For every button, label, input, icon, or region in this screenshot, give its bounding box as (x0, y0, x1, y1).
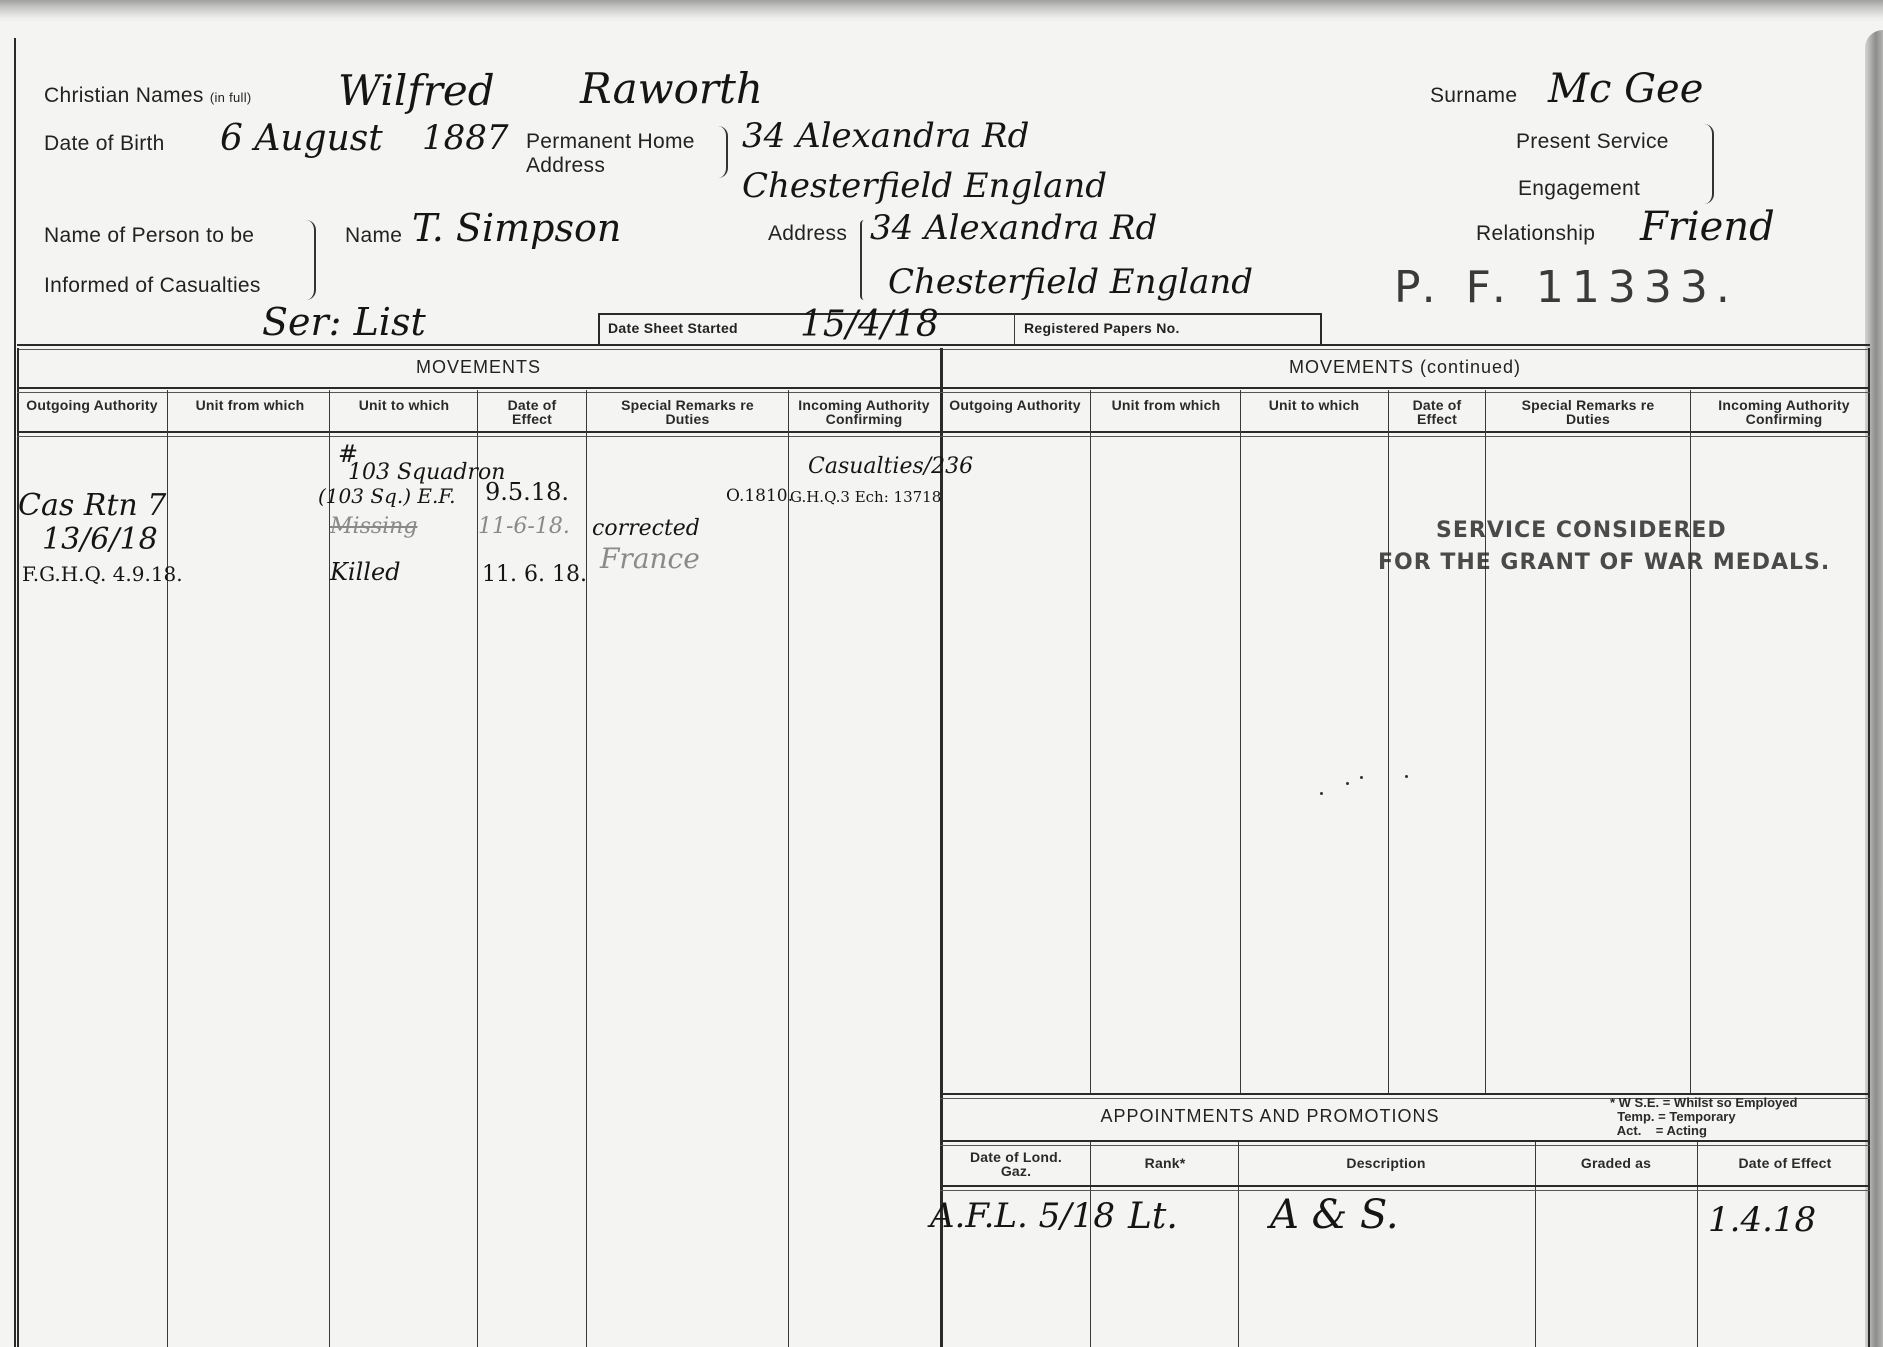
date-sheet-started-value: 15/4/18 (800, 304, 939, 345)
present-service-label: Present Service (1516, 130, 1669, 154)
relationship-value: Friend (1640, 204, 1775, 250)
col-header-description: Description (1250, 1156, 1522, 1170)
col-header-date-of-effect: Date of Effect (1705, 1156, 1865, 1170)
col-header-date-lond-gaz: Date of Lond. Gaz. (960, 1150, 1072, 1178)
col-header-cont-date-of-effect: Date of Effect (1396, 398, 1478, 426)
next-of-kin-label-line1: Name of Person to be (44, 224, 254, 248)
brace-nok-address (860, 220, 864, 300)
col-header-special-remarks: Special Remarks re Duties (600, 398, 775, 426)
date-of-effect-1: 9.5.18. (485, 478, 569, 506)
date-of-effect-3: 11. 6. 18. (482, 562, 587, 587)
christian-names-note: (in full) (210, 90, 252, 105)
outgoing-authority-line1: Cas Rtn 7 (18, 488, 166, 523)
christian-name-first: Wilfred (338, 66, 495, 115)
permanent-address-line2: Chesterfield England (742, 166, 1107, 206)
nok-address-line2: Chesterfield England (888, 262, 1253, 302)
date-sheet-started-label: Date Sheet Started (608, 320, 738, 336)
col-header-outgoing-authority: Outgoing Authority (17, 398, 167, 412)
outgoing-authority-line2: 13/6/18 (42, 522, 158, 557)
reference-number: P. F. 11333. (1394, 262, 1738, 313)
christian-name-second: Raworth (580, 64, 763, 113)
col-header-unit-from: Unit from which (185, 398, 315, 412)
table-right-border (1868, 348, 1870, 1347)
brace-permanent-address (718, 126, 728, 178)
medals-stamp-line2: FOR THE GRANT OF WAR MEDALS. (1378, 550, 1830, 575)
brace-next-of-kin (304, 220, 316, 300)
outer-left-border (14, 38, 16, 1347)
special-remarks-ref: O.1810. (726, 486, 793, 506)
special-remarks-france: France (600, 542, 700, 575)
col-line (167, 390, 168, 1347)
next-of-kin-label-line2: Informed of Casualties (44, 274, 261, 298)
col-line (788, 390, 789, 1347)
movements-title: MOVEMENTS (17, 357, 940, 378)
date-of-effect-2: 11-6-18. (478, 514, 570, 539)
col-header-cont-outgoing-authority: Outgoing Authority (940, 398, 1090, 412)
outgoing-authority-line3: F.G.H.Q. 4.9.18. (22, 562, 183, 586)
col-header-cont-unit-to: Unit to which (1262, 398, 1366, 412)
unit-to-struck-missing: Missing (330, 514, 417, 539)
date-of-birth-label: Date of Birth (44, 132, 165, 156)
permanent-home-address-label: Permanent Home Address (526, 130, 695, 178)
col-line (586, 390, 587, 1347)
special-remarks-corrected: corrected (592, 516, 700, 541)
col-header-cont-incoming-authority: Incoming Authority Confirming (1700, 398, 1868, 426)
engagement-label: Engagement (1518, 177, 1640, 201)
torn-top-edge (0, 0, 1883, 22)
date-sheet-divider (1014, 313, 1015, 344)
christian-names-label: Christian Names (in full) (44, 84, 252, 108)
brace-present-service (1704, 124, 1714, 204)
unit-to-killed: Killed (330, 558, 401, 586)
col-header-graded-as: Graded as (1545, 1156, 1687, 1170)
appointment-date-of-effect: 1.4.18 (1708, 1200, 1816, 1240)
date-of-birth-day-month: 6 August (220, 118, 383, 159)
appointments-header-divider (940, 1185, 1870, 1191)
service-record-card: Christian Names (in full) Wilfred Rawort… (0, 0, 1883, 1347)
incoming-authority-line2: G.H.Q.3 Ech: 13718 (790, 488, 941, 506)
relationship-label: Relationship (1476, 222, 1595, 246)
incoming-authority-line1: Casualties/236 (808, 454, 973, 479)
col-header-date-of-effect: Date of Effect (491, 398, 573, 426)
permanent-address-line1: 34 Alexandra Rd (742, 116, 1029, 156)
col-header-cont-unit-from: Unit from which (1110, 398, 1222, 412)
col-line (1238, 1142, 1239, 1347)
col-line (1690, 390, 1691, 1095)
col-header-rank: Rank* (1100, 1156, 1230, 1170)
col-header-unit-to: Unit to which (350, 398, 458, 412)
nok-name-label: Name (345, 224, 402, 248)
nok-address-label: Address (768, 222, 847, 246)
surname-label: Surname (1430, 84, 1517, 108)
appointments-title: APPOINTMENTS AND PROMOTIONS (940, 1106, 1600, 1127)
appointment-description: A & S. (1270, 1192, 1399, 1238)
appointments-title-divider (940, 1140, 1870, 1146)
header-divider (17, 344, 1870, 350)
col-header-incoming-authority: Incoming Authority Confirming (788, 398, 940, 426)
col-line (1697, 1142, 1698, 1347)
surname-value: Mc Gee (1548, 66, 1703, 112)
service-list-note: Ser: List (262, 300, 426, 344)
rank-abbreviation-legend: * W S.E. = Whilst so Employed Temp. = Te… (1610, 1096, 1797, 1138)
movements-header-divider (17, 431, 1870, 437)
col-line (1535, 1142, 1536, 1347)
col-line (1240, 390, 1241, 1095)
unit-to-line1: 103 Squadron (348, 460, 505, 485)
date-of-birth-year: 1887 (422, 118, 509, 158)
movements-continued-title: MOVEMENTS (continued) (940, 357, 1870, 378)
nok-address-line1: 34 Alexandra Rd (870, 208, 1157, 248)
movements-title-divider (17, 387, 1870, 393)
nok-name-value: T. Simpson (412, 206, 621, 250)
col-line (1090, 390, 1091, 1095)
appointment-rank: Lt. (1128, 1196, 1178, 1237)
appointment-date-lond-gaz: A.F.L. 5/18 (930, 1196, 1115, 1236)
medals-stamp-line1: SERVICE CONSIDERED (1436, 518, 1727, 543)
col-line (1485, 390, 1486, 1095)
col-line (1388, 390, 1389, 1095)
unit-to-line2: (103 Sq.) E.F. (318, 484, 455, 508)
col-line (1090, 1142, 1091, 1347)
registered-papers-label: Registered Papers No. (1024, 320, 1180, 336)
col-header-cont-special-remarks: Special Remarks re Duties (1500, 398, 1676, 426)
